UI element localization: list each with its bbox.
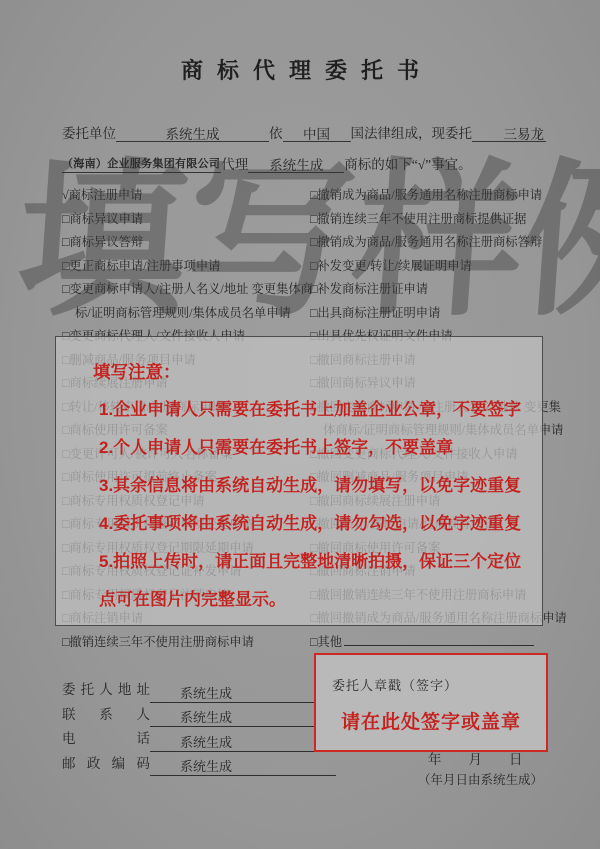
agent-name-part2: （海南）企业服务集团有限公司: [62, 155, 221, 173]
checkbox-item: □出具商标注册证明申请: [310, 302, 550, 326]
agency-value-underline: 系统生成: [248, 154, 344, 173]
checkbox-item-label: □商标异议答辩: [62, 235, 143, 249]
checkbox-item-label: □更正商标申请/注册事项申请: [62, 259, 220, 273]
contact-field-row: 邮政编码系统生成: [62, 752, 312, 777]
contact-field-row: 联系人系统生成: [62, 703, 312, 728]
client-value-underline: 系统生成: [116, 123, 269, 142]
checkbox-item: □补发商标注册证申请: [310, 278, 550, 302]
checkbox-item-label: □补发变更/转让/续展证明申请: [310, 259, 472, 273]
notice-item: 3.其余信息将由系统自动生成，请勿填写，以免字迹重复: [99, 467, 542, 505]
field-value-underline: 系统生成: [150, 731, 336, 752]
signature-box: 委托人章戳（签字） 请在此处签字或盖章: [314, 653, 548, 752]
signature-box-title: 委托人章戳（签字）: [332, 675, 458, 694]
checkbox-item: □补发变更/转让/续展证明申请: [310, 255, 550, 279]
notice-item: 5.拍照上传时，请正面且完整地清晰拍摄，保证三个定位: [99, 543, 542, 581]
agent-name-underline-1: 三易龙: [472, 123, 546, 142]
agency-value: 系统生成: [269, 158, 323, 173]
field-value: 系统生成: [150, 735, 232, 750]
checkbox-item: □商标异议申请: [62, 208, 312, 232]
field-label: 电话: [62, 727, 150, 752]
header-tail: 商标的如下“√”事宜。: [344, 153, 471, 173]
country-value: 中国: [303, 127, 330, 142]
checkbox-item-label: □撤销连续三年不使用注册商标提供证据: [310, 212, 526, 226]
trademark-poa-form-photo: 填写样例 商标代理委托书 委托单位 系统生成 依 中国 国法律组成，现委托 三易…: [0, 0, 600, 849]
header-line-1: 委托单位 系统生成 依 中国 国法律组成，现委托 三易龙: [62, 121, 546, 142]
form-header: 委托单位 系统生成 依 中国 国法律组成，现委托 三易龙 （海南）企业服务集团有…: [62, 121, 546, 183]
agency-label: 代理: [221, 153, 248, 173]
checkbox-item-label: □补发商标注册证申请: [310, 282, 428, 296]
checkbox-item-label: □其他: [310, 635, 342, 649]
checkbox-item-label: □变更商标申请人/注册人名义/地址 变更集体商: [62, 282, 313, 296]
contact-field-row: 电话系统生成: [62, 727, 312, 752]
checkbox-item: □撤销成为商品/服务通用名称注册商标申请: [310, 184, 550, 208]
country-underline: 中国: [283, 123, 351, 142]
checkbox-item: □撤销连续三年不使用注册商标提供证据: [310, 208, 550, 232]
signature-instruction: 请在此处签字或盖章: [316, 707, 546, 734]
notice-item: 2.个人申请人只需要在委托书上签字，不要盖章: [99, 429, 542, 467]
checkbox-item: □撤销连续三年不使用注册商标申请: [62, 631, 312, 655]
field-value: 系统生成: [150, 686, 232, 701]
checkbox-item-label: □撤销成为商品/服务通用名称注册商标答辩: [310, 235, 542, 249]
agent-name-part1: 三易龙: [504, 127, 545, 142]
checkbox-item-label: □出具商标注册证明申请: [310, 306, 440, 320]
checkbox-item-label: □撤销连续三年不使用注册商标申请: [62, 635, 254, 649]
checkbox-item: □变更商标申请人/注册人名义/地址 变更集体商: [62, 278, 312, 302]
checkbox-item: √商标注册申请: [62, 184, 312, 208]
checkbox-item-label: □商标异议申请: [62, 212, 143, 226]
checkbox-item-label: √商标注册申请: [62, 188, 143, 202]
field-label: 委托人地址: [62, 678, 150, 703]
field-value: 系统生成: [150, 710, 232, 725]
date-note: （年月日由系统生成）: [408, 770, 553, 788]
field-value-underline: 系统生成: [150, 755, 336, 776]
notice-heading: 填写注意：: [93, 353, 542, 391]
checkbox-item: □更正商标申请/注册事项申请: [62, 255, 312, 279]
field-label: 邮政编码: [62, 752, 150, 777]
header-line-2: （海南）企业服务集团有限公司 代理 系统生成 商标的如下“√”事宜。: [62, 152, 546, 173]
checkbox-item: 标/证明商标管理规则/集体成员名单申请: [62, 302, 312, 326]
fill-notice-box: 填写注意： 1.企业申请人只需要在委托书上加盖企业公章，不要签字2.个人申请人只…: [55, 336, 543, 626]
checkbox-item-label: □撤销成为商品/服务通用名称注册商标申请: [310, 188, 542, 202]
client-value: 系统生成: [166, 127, 220, 142]
field-value: 系统生成: [150, 759, 232, 774]
notice-item: 4.委托事项将由系统自动生成，请勿勾选，以免字迹重复: [99, 505, 542, 543]
checkbox-item: □其他: [310, 631, 550, 655]
contact-fields: 委托人地址系统生成 联系人系统生成 电话系统生成 邮政编码系统生成: [62, 678, 312, 776]
client-label: 委托单位: [62, 122, 116, 142]
checkbox-item: □撤销成为商品/服务通用名称注册商标答辩: [310, 231, 550, 255]
checkbox-item-label: 标/证明商标管理规则/集体成员名单申请: [75, 306, 291, 320]
header-mid2: 国法律组成，现委托: [351, 122, 473, 142]
field-value-underline: 系统生成: [150, 682, 336, 703]
field-label: 联系人: [62, 703, 150, 728]
field-value-underline: 系统生成: [150, 706, 336, 727]
notice-item: 1.企业申请人只需要在委托书上加盖企业公章，不要签字: [99, 391, 542, 429]
contact-field-row: 委托人地址系统生成: [62, 678, 312, 703]
notice-list: 1.企业申请人只需要在委托书上加盖企业公章，不要签字2.个人申请人只需要在委托书…: [99, 391, 542, 619]
header-mid1: 依: [269, 122, 283, 142]
notice-item: 点可在图片内完整显示。: [99, 581, 542, 619]
checkbox-item: □商标异议答辩: [62, 231, 312, 255]
form-title: 商标代理委托书: [0, 54, 600, 85]
